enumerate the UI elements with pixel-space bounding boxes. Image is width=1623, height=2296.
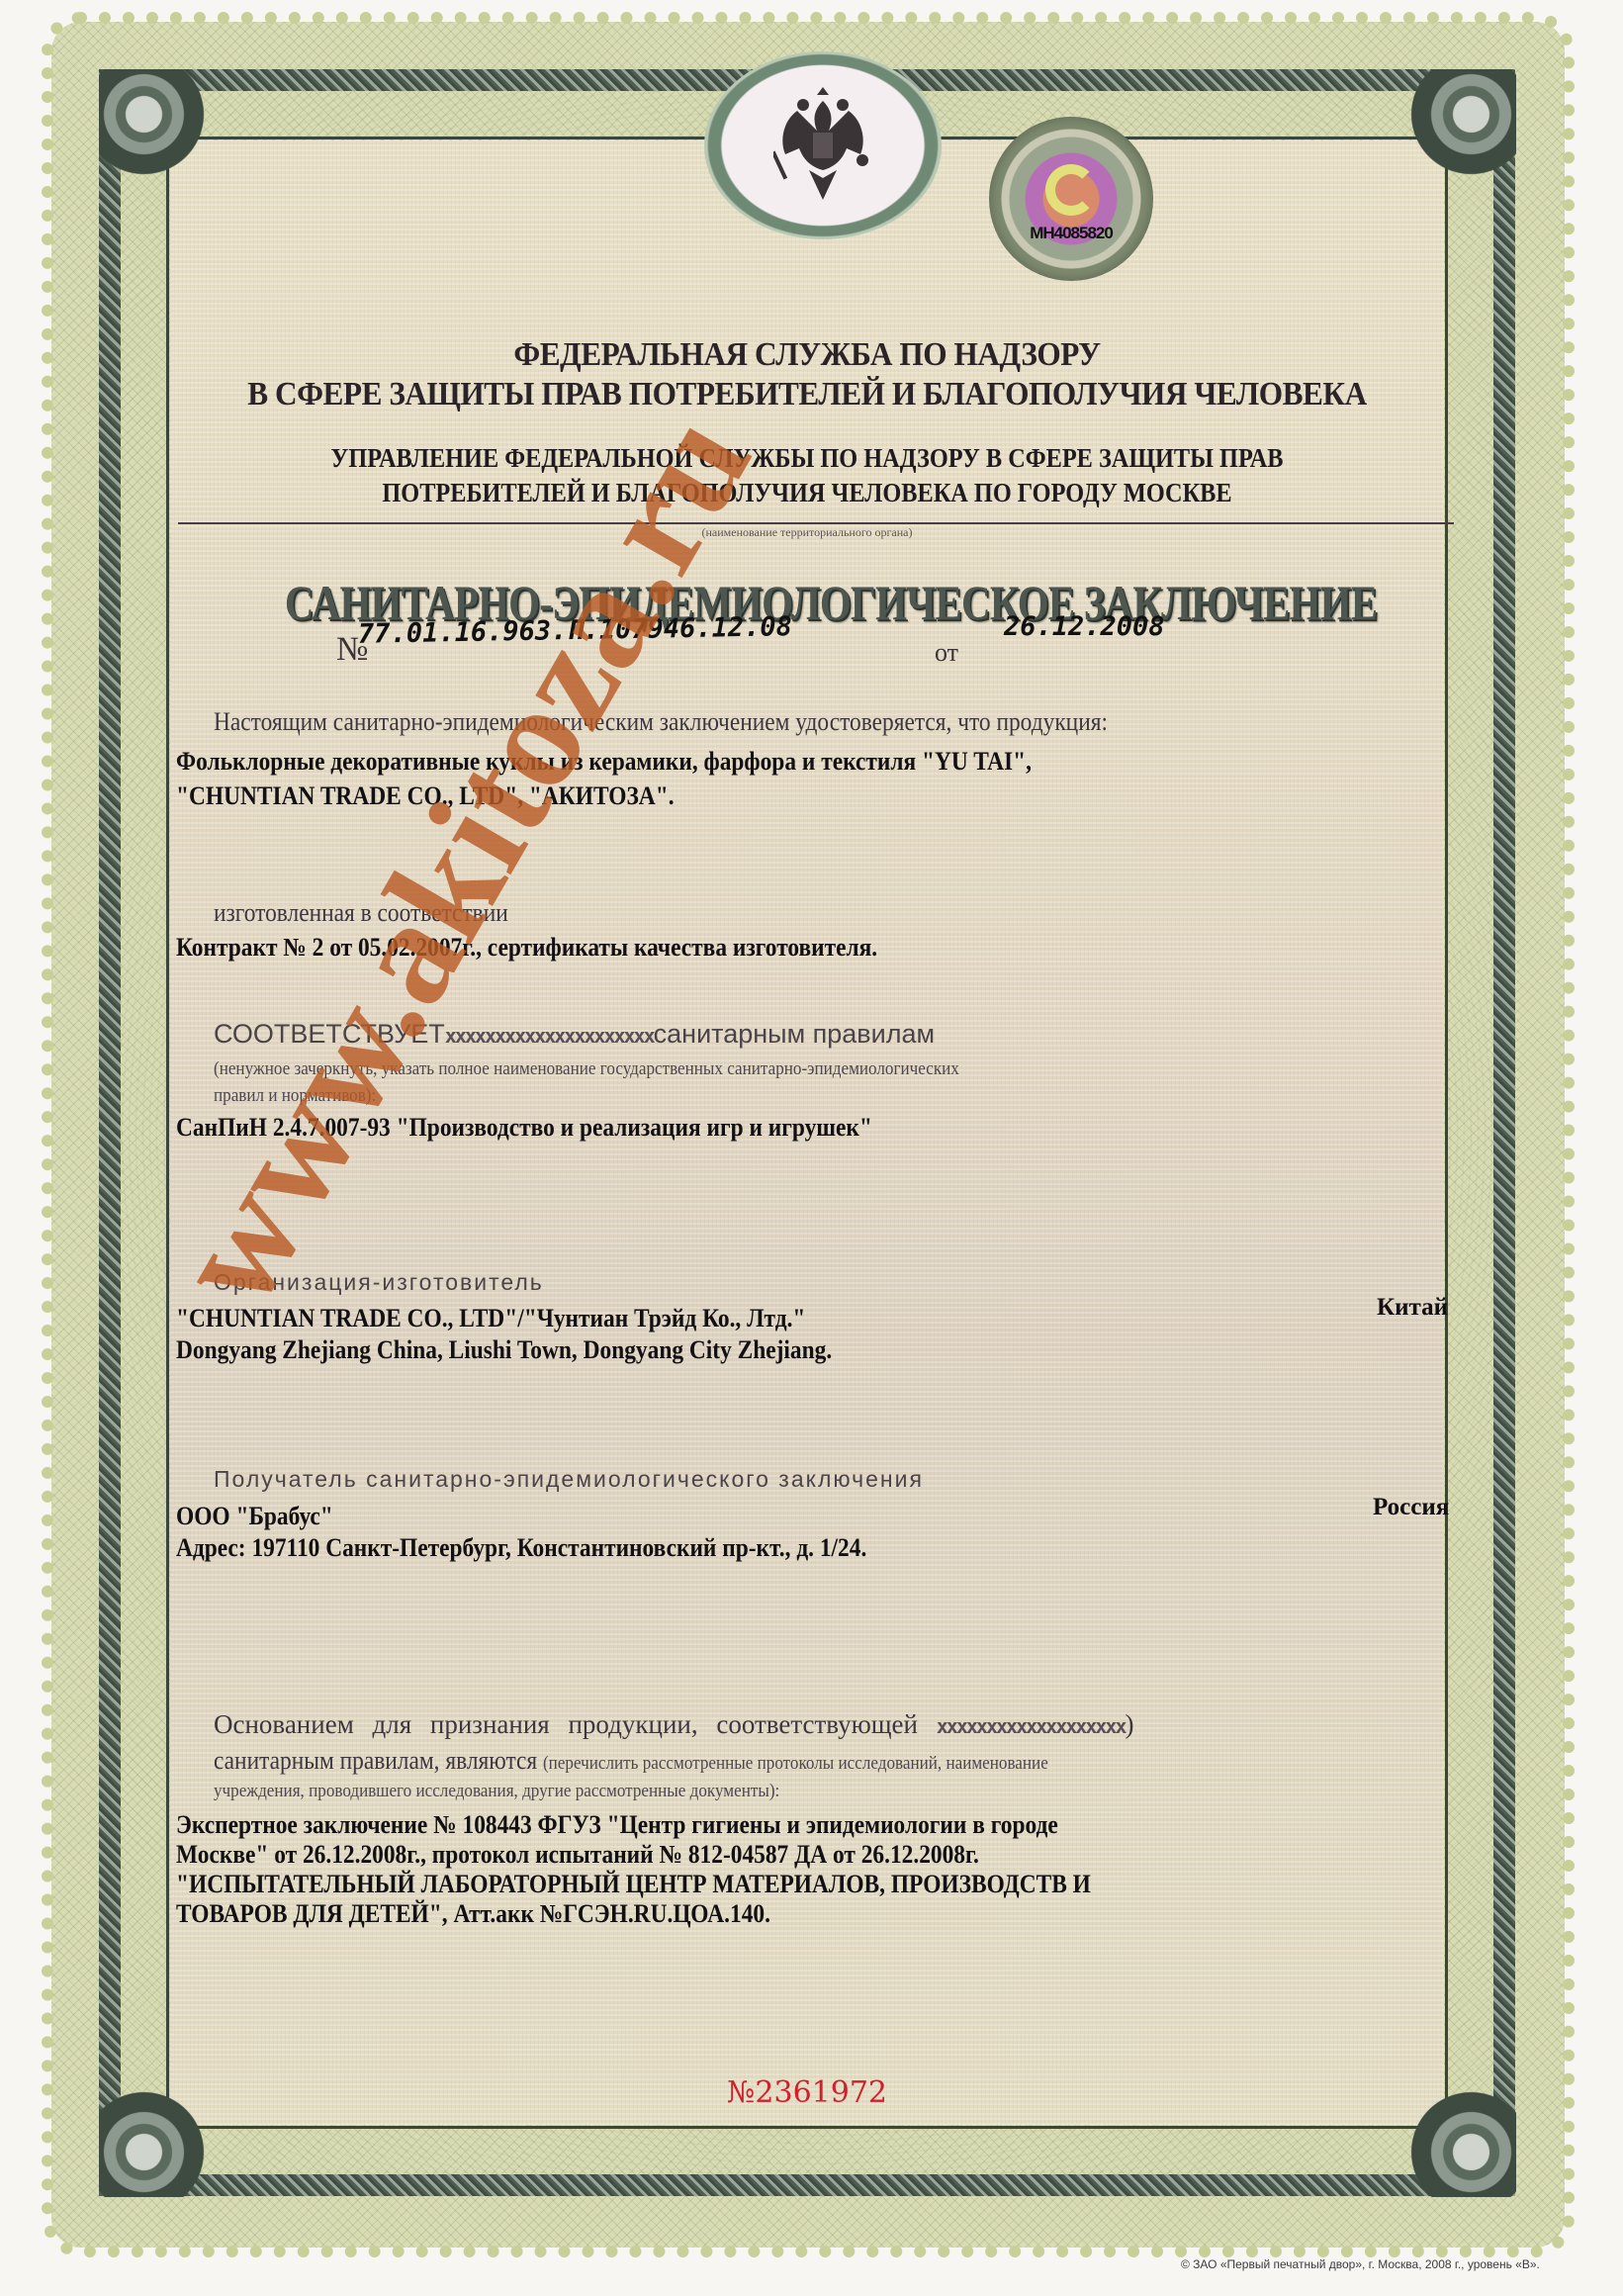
hologram-seal-icon: МН4085820: [989, 117, 1153, 281]
rules-text: санитарным правилам: [654, 1019, 935, 1049]
basis-paren: ): [1126, 1709, 1134, 1739]
department-title-line2: ПОТРЕБИТЕЛЕЙ И БЛАГОПОЛУЧИЯ ЧЕЛОВЕКА ПО …: [233, 478, 1380, 508]
compliance-note-line2: правил и нормативов):: [214, 1085, 376, 1107]
double-headed-eagle-icon: [773, 81, 872, 210]
struck-out-text: xxxxxxxxxxxxxxxxxxx: [937, 1714, 1126, 1738]
hologram-logo-icon: [1045, 164, 1097, 216]
coat-of-arms-icon: [704, 51, 942, 239]
basis-line2-text: санитарным правилам, являются: [214, 1746, 537, 1775]
basis-value-line2: Москве" от 26.12.2008г., протокол испыта…: [176, 1840, 979, 1870]
complies-text: СООТВЕТСТВУЕТ: [214, 1019, 445, 1049]
basis-value-line4: ТОВАРОВ ДЛЯ ДЕТЕЙ", Атт.акк №ГСЭН.RU.ЦОА…: [176, 1899, 770, 1929]
recipient-name: ООО "Брабус": [176, 1502, 333, 1531]
hologram-code: МН4085820: [989, 224, 1153, 243]
compliance-note-line1: (ненужное зачеркнуть, указать полное наи…: [214, 1058, 959, 1080]
manufacturer-name: "CHUNTIAN TRADE CO., LTD"/"Чунтиан Трэйд…: [176, 1304, 805, 1333]
basis-line3-note: учреждения, проводившего исследования, д…: [214, 1781, 779, 1802]
basis-line2-note: (перечислить рассмотренные протоколы исс…: [543, 1753, 1048, 1774]
department-caption: (наименование территориального органа): [170, 525, 1444, 540]
basis-value-line3: "ИСПЫТАТЕЛЬНЫЙ ЛАБОРАТОРНЫЙ ЦЕНТР МАТЕРИ…: [176, 1870, 1091, 1899]
product-intro: Настоящим санитарно-эпидемиологическим з…: [214, 707, 1108, 737]
date-label: от: [935, 638, 958, 668]
divider: [178, 522, 1454, 524]
product-line1: Фольклорные декоративные куклы из керами…: [176, 747, 1032, 777]
corner-ornament-icon: [99, 69, 227, 198]
department-title-line1: УПРАВЛЕНИЕ ФЕДЕРАЛЬНОЙ СЛУЖБЫ ПО НАДЗОРУ…: [233, 443, 1380, 474]
sanitary-standard: СанПиН 2.4.7.007-93 "Производство и реал…: [176, 1113, 872, 1143]
recipient-label: Получатель санитарно-эпидемиологического…: [214, 1466, 924, 1493]
printer-copyright: © ЗАО «Первый печатный двор», г. Москва,…: [1181, 2257, 1540, 2271]
corner-ornament-icon: [1388, 69, 1516, 198]
registration-date: 26.12.2008: [1004, 611, 1165, 642]
manufactured-value: Контракт № 2 от 05.02.2007г., сертификат…: [176, 933, 877, 963]
agency-title-line2: В СФЕРЕ ЗАЩИТЫ ПРАВ ПОТРЕБИТЕЛЕЙ И БЛАГО…: [222, 376, 1394, 413]
basis-line1: Основанием для признания продукции, соот…: [214, 1709, 1134, 1740]
basis-text: Основанием для признания продукции, соот…: [214, 1709, 918, 1739]
struck-out-text: xxxxxxxxxxxxxxxxxxxxx: [445, 1024, 654, 1048]
recipient-address: Адрес: 197110 Санкт-Петербург, Константи…: [176, 1533, 866, 1563]
form-serial-number: №2361972: [170, 2075, 1444, 2110]
manufactured-label: изготовленная в соответствии: [214, 898, 508, 928]
manufacturer-label: Организация-изготовитель: [214, 1269, 544, 1296]
recipient-country: Россия: [1373, 1494, 1449, 1521]
manufacturer-country: Китай: [1377, 1294, 1448, 1322]
manufacturer-address: Dongyang Zhejiang China, Liushi Town, Do…: [176, 1335, 832, 1365]
basis-line2: санитарным правилам, являются (перечисли…: [214, 1746, 1048, 1776]
product-line2: "CHUNTIAN TRADE CO., LTD", "АКИТОЗА".: [176, 781, 675, 811]
agency-title-line1: ФЕДЕРАЛЬНАЯ СЛУЖБА ПО НАДЗОРУ: [222, 336, 1394, 374]
compliance-line: СООТВЕТСТВУЕТxxxxxxxxxxxxxxxxxxxxxсанита…: [214, 1019, 935, 1050]
basis-value-line1: Экспертное заключение № 108443 ФГУЗ "Цен…: [176, 1810, 1058, 1840]
